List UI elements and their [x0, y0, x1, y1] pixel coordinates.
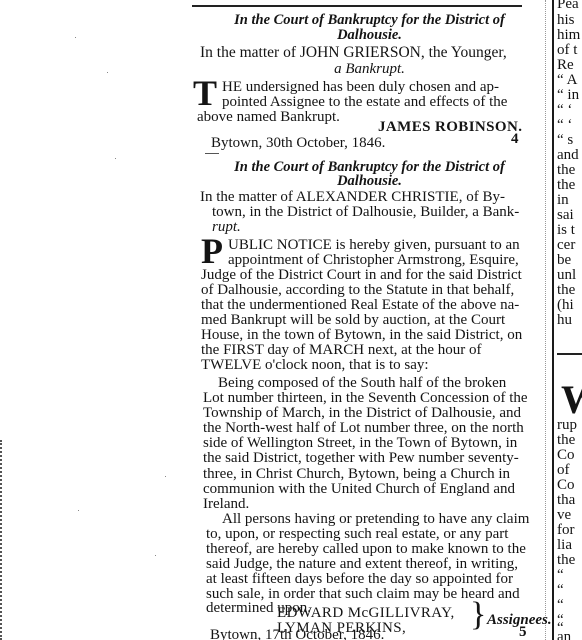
- notice-separator: [205, 153, 219, 154]
- fragment-line: his: [557, 12, 575, 28]
- section-rule: [557, 353, 582, 355]
- paper-speck: [165, 476, 166, 477]
- fragment-line: is t: [557, 222, 575, 238]
- insertion-number: 4: [511, 131, 519, 147]
- body-line: All persons having or pretending to have…: [222, 511, 529, 527]
- court-heading-cont: Dalhousie.: [197, 27, 542, 43]
- dateline: Bytown, 17th October, 1846.: [210, 627, 384, 640]
- matter-line: In the matter of ALEXANDER CHRISTIE, of …: [200, 189, 505, 205]
- fragment-line: “: [557, 567, 564, 583]
- paper-speck: [155, 555, 156, 556]
- brace-symbol: }: [470, 598, 486, 632]
- body-line: said Judge, the nature and extent thereo…: [206, 556, 518, 572]
- body-line: to, upon, or respecting such real estate…: [206, 526, 508, 542]
- body-line: med Bankrupt will be sold by auction, at…: [201, 312, 505, 328]
- body-line: pointed Assignee to the estate and effec…: [222, 94, 507, 110]
- body-line: thereof, are hereby called upon to make …: [206, 541, 526, 557]
- fragment-line: “: [557, 582, 564, 598]
- fragment-line: Co: [557, 447, 575, 463]
- body-line: Ireland.: [203, 496, 249, 512]
- signature: JAMES ROBINSON.: [378, 119, 522, 135]
- fragment-line: ve: [557, 507, 571, 523]
- paper-speck: [75, 37, 76, 38]
- body-line: side of Wellington Street, in the Town o…: [203, 435, 517, 451]
- body-line: House, in the town of Bytown, in the sai…: [201, 327, 522, 343]
- fragment-line: and: [557, 147, 579, 163]
- fragment-line: Re: [557, 57, 574, 73]
- court-heading: In the Court of Bankruptcy for the Distr…: [197, 12, 542, 28]
- body-line: above named Bankrupt.: [197, 109, 340, 125]
- fragment-line: “: [557, 597, 564, 613]
- body-line: the North-west half of Lot number three,…: [203, 420, 524, 436]
- body-line: Judge of the District Court in and for t…: [201, 267, 522, 283]
- fragment-line: rup: [557, 417, 577, 433]
- fragment-line: “ in: [557, 87, 579, 103]
- fragment-line: hu: [557, 312, 572, 328]
- fragment-line: of: [557, 462, 570, 478]
- court-heading-cont: Dalhousie.: [197, 173, 542, 189]
- left-margin-dotted-edge: [0, 440, 6, 640]
- matter-line: town, in the District of Dalhousie, Buil…: [212, 204, 519, 220]
- fragment-line: “ A: [557, 72, 577, 88]
- column-dotted-rule: [545, 0, 547, 640]
- adjacent-column-fragment: Pea his him of t Re “ A “ in “ ‘ “ ‘ “ s…: [557, 0, 582, 640]
- drop-cap: P: [201, 236, 223, 266]
- body-line: HE undersigned has been duly chosen and …: [222, 79, 499, 95]
- column-rule: [552, 0, 554, 640]
- body-line: the FIRST day of MARCH next, at the hour…: [201, 342, 482, 358]
- fragment-line: cer: [557, 237, 575, 253]
- fragment-line: (hi: [557, 297, 574, 313]
- fragment-line: unl: [557, 267, 576, 283]
- body-line: communion with the United Church of Engl…: [203, 481, 515, 497]
- fragment-line: “ s: [557, 132, 573, 148]
- body-line: at least fifteen days before the day so …: [206, 571, 513, 587]
- fragment-line: of t: [557, 42, 577, 58]
- fragment-line: for: [557, 522, 575, 538]
- body-line: that the undermentioned Real Estate of t…: [201, 297, 519, 313]
- body-line: the said District, together with Pew num…: [203, 450, 519, 466]
- fragment-line: Co: [557, 477, 575, 493]
- matter-line: In the matter of JOHN GRIERSON, the Youn…: [200, 45, 507, 61]
- fragment-line: be: [557, 252, 571, 268]
- fragment-line: an: [557, 629, 571, 640]
- matter-sub: a Bankrupt.: [197, 61, 542, 77]
- fragment-line: the: [557, 432, 575, 448]
- insertion-number: 5: [519, 624, 527, 640]
- drop-cap: T: [193, 78, 217, 108]
- fragment-line: “ ‘: [557, 117, 572, 133]
- fragment-line: tha: [557, 492, 575, 508]
- fragment-line: the: [557, 162, 575, 178]
- fragment-line: the: [557, 552, 575, 568]
- newspaper-page: In the Court of Bankruptcy for the Distr…: [0, 0, 582, 640]
- top-rule: [192, 5, 522, 7]
- body-line: appointment of Christopher Armstrong, Es…: [228, 252, 519, 268]
- dateline: Bytown, 30th October, 1846.: [211, 135, 385, 151]
- body-line: Township of March, in the District of Da…: [203, 405, 521, 421]
- fragment-line: lia: [557, 537, 572, 553]
- body-line: Being composed of the South half of the …: [218, 375, 506, 391]
- paper-speck: [107, 72, 108, 73]
- paper-speck: [78, 510, 79, 511]
- body-line: Lot number thirteen, in the Seventh Conc…: [203, 390, 528, 406]
- signatory: EDWARD McGILLIVRAY,: [277, 605, 455, 621]
- fragment-line: him: [557, 27, 580, 43]
- body-line: TWELVE o'clock noon, that is to say:: [201, 357, 429, 373]
- fragment-line: Pea: [557, 0, 579, 12]
- fragment-line: in: [557, 192, 569, 208]
- fragment-line: “ ‘: [557, 102, 572, 118]
- paper-speck: [115, 158, 116, 159]
- fragment-line: the: [557, 177, 575, 193]
- fragment-line: the: [557, 282, 575, 298]
- fragment-line: sai: [557, 207, 574, 223]
- body-line: UBLIC NOTICE is hereby given, pursuant t…: [228, 237, 520, 253]
- body-line: of Dalhousie, according to the Statute i…: [201, 282, 514, 298]
- drop-cap: W: [561, 380, 582, 420]
- body-line: three, in Christ Church, Bytown, being a…: [203, 466, 510, 482]
